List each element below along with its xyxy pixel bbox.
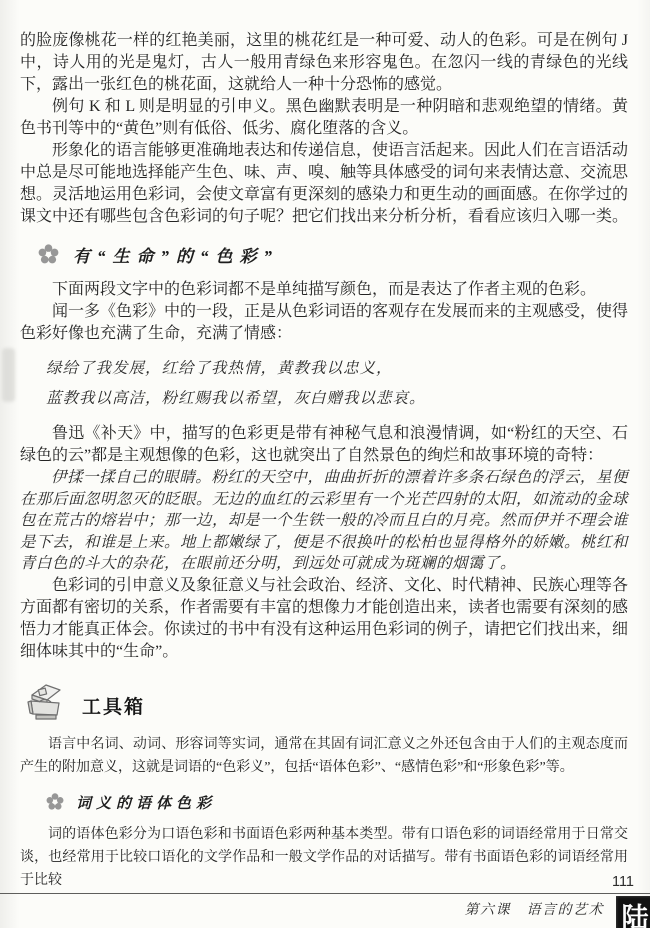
paragraph-summary: 色彩词的引申意义及象征意义与社会政治、经济、文化、时代精神、民族心理等各方面都有… <box>20 575 628 663</box>
paragraph-example-kl: 例句 K 和 L 则是明显的引申义。黑色幽默表明是一种阴暗和悲观绝望的情绪。黄色… <box>20 96 628 140</box>
chapter-seal-stamp: 陆 <box>616 896 650 928</box>
scan-smudge <box>2 348 15 402</box>
paragraph-continuation: 的脸庞像桃花一样的红艳美丽，这里的桃花红是一种可爱、动人的色彩。可是在例句 J … <box>20 30 628 96</box>
book-page: 的脸庞像桃花一样的红艳美丽，这里的桃花红是一种可爱、动人的色彩。可是在例句 J … <box>0 0 650 928</box>
page-content: 的脸庞像桃花一样的红艳美丽，这里的桃花红是一种可爱、动人的色彩。可是在例句 J … <box>0 0 650 892</box>
footer-rule <box>0 893 650 894</box>
toolbox-icon <box>22 681 68 723</box>
paragraph-section-intro: 下面两段文字中的色彩词都不是单纯描写颜色，而是表达了作者主观的色彩。 <box>20 279 628 301</box>
paragraph-wenyiduo: 闻一多《色彩》中的一段，正是从色彩词语的客观存在发展而来的主观感受，使得色彩好像… <box>20 301 628 345</box>
toolbox-heading: 工具箱 <box>22 681 628 723</box>
toolbox-body: 语言中名词、动词、形容词等实词，通常在其固有词汇意义之外还包含由于人们的主观态度… <box>20 733 628 892</box>
paragraph-figurative-language: 形象化的语言能够更准确地表达和传递信息，使语言活起来。因此人们在言语活动中总是尽… <box>20 140 628 228</box>
section-title: 有“生命”的“色彩” <box>73 242 279 267</box>
page-number: 111 <box>612 874 634 890</box>
paragraph-luxun: 鲁迅《补天》中，描写的色彩更是带有神秘气息和浪漫情调，如“粉红的天空、石绿色的云… <box>20 423 628 467</box>
paragraph-register-color: 词的语体色彩分为口语色彩和书面语色彩两种基本类型。带有口语色彩的词语经常用于日常… <box>20 823 628 892</box>
toolbox-title: 工具箱 <box>82 692 145 723</box>
poem-line: 绿给了我发展，红给了我热情，黄教我以忠义， <box>46 354 628 384</box>
flower-icon <box>46 793 64 811</box>
footer-course-title: 第六课 语言的艺术 <box>465 899 605 919</box>
flower-icon <box>38 244 59 265</box>
poem-quote: 绿给了我发展，红给了我热情，黄教我以忠义， 蓝教我以高洁，粉红赐我以希望，灰白赠… <box>20 354 628 414</box>
paragraph-toolbox-intro: 语言中名词、动词、形容词等实词，通常在其固有词汇意义之外还包含由于人们的主观态度… <box>20 733 628 779</box>
section-heading-life-color: 有“生命”的“色彩” <box>38 242 628 267</box>
sub-section-title: 词义的语体色彩 <box>76 792 216 813</box>
poem-line: 蓝教我以高洁，粉红赐我以希望，灰白赠我以悲哀。 <box>46 384 628 414</box>
sub-section-heading: 词义的语体色彩 <box>46 792 628 813</box>
butian-quote: 伊揉一揉自己的眼睛。粉红的天空中，曲曲折折的漂着许多条石绿色的浮云，星便在那后面… <box>20 467 628 575</box>
